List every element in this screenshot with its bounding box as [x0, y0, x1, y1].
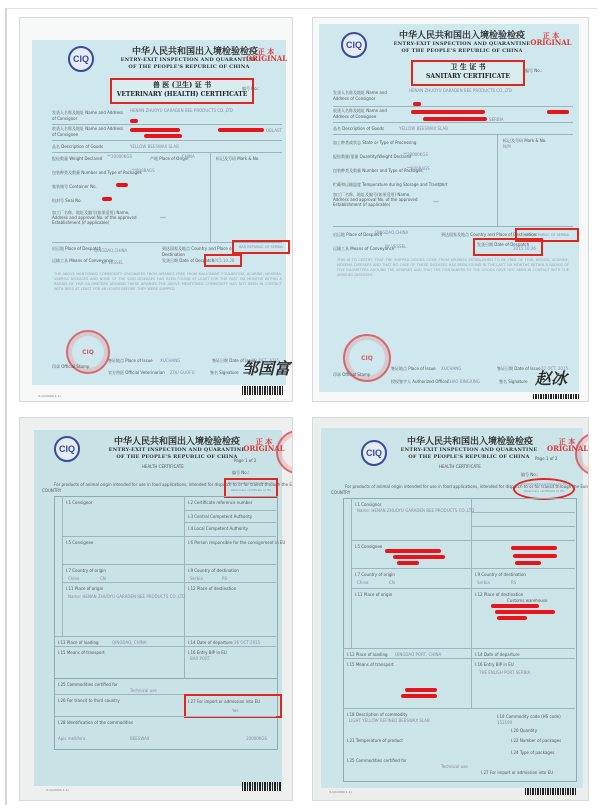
consignor-value: HENAN ZHUOYU GARADEN BEE PRODUCTS CO.,LT… [409, 88, 512, 93]
divider [54, 636, 276, 637]
ciq-logo-icon: CIQ [54, 436, 80, 462]
divider [210, 152, 211, 242]
date-despatch-highlight: 2015.10.26 [204, 254, 242, 267]
field-i27-value: Yes [232, 708, 238, 713]
origin-value: CHINA [182, 154, 195, 159]
field-i6: I.6 Person responsible for the consignme… [188, 540, 285, 545]
field-i12: I.12 Place of destination [188, 586, 236, 591]
original-en: ORIGINAL [246, 55, 286, 62]
date-despatch-value: 2015.10.26 [206, 256, 240, 265]
divider [62, 564, 276, 565]
seal-label: 铅封号 Seal No. [52, 198, 82, 204]
no-label: 编号 No.: [242, 86, 259, 92]
field-i9-iso: RS [511, 580, 516, 585]
field-i25: I.25 Commodities certified for [58, 682, 118, 687]
barcode [533, 394, 579, 399]
authority-cn: 中华人民共和国出入境检验检疫 [407, 434, 533, 447]
divider [52, 152, 282, 153]
place-issue-label: 签证地点 Place of Issue [391, 366, 436, 372]
redaction-mark [144, 134, 182, 138]
authority-cn: 中华人民共和国出入境检验检疫 [114, 434, 240, 447]
consignor-label: 发货人名称及地址 Name and Address of Consignor [52, 110, 127, 121]
field-i25: I.25 Commodities certified for [347, 758, 407, 763]
form-code: 3-1(C2000.1.1) [329, 790, 352, 794]
redaction-mark [497, 616, 527, 620]
no-label: 编号 No.: [232, 470, 249, 476]
redaction-mark [385, 549, 441, 553]
divider [497, 134, 498, 226]
statement: THE ABOVE MENTIONED COMMODITY ORIGINATES… [54, 272, 282, 292]
weight-value: **20000KGS [107, 154, 132, 159]
page-number: Page 1 of 2 [234, 458, 256, 463]
place-issue-value: XUCHANG [441, 366, 461, 371]
model-text: Model/Health Certificate for EU [515, 480, 573, 488]
redaction-mark [515, 561, 541, 565]
model-highlight: Model/Health Certificate for EU Veterina… [513, 478, 575, 500]
title-cn: 兽 医 (卫生) 证 书 [112, 80, 252, 90]
field-i14: I.14 Date of departure [188, 640, 233, 645]
goods-label: 品名 Description of Goods [52, 144, 103, 150]
field-i7-value: China [68, 576, 79, 581]
redaction-mark [495, 610, 555, 614]
consignee-label: 收货人名称及地址 Name and Address of Consignee [52, 126, 127, 137]
certificate-type: HEALTH CERTIFICATE [142, 464, 184, 469]
establishment-value: *** [433, 200, 439, 205]
no-label: 编号 No.: [521, 472, 538, 478]
field-i2: I.2 Certificate reference number [188, 500, 252, 505]
authority-en-2: OF THE PEOPLE'S REPUBLIC OF CHINA [391, 454, 547, 461]
despatch-value: QINGDAO,CHINA [94, 248, 127, 253]
net-weight-value: 20000KGS [246, 736, 267, 741]
divider [52, 140, 282, 141]
authority-en-1: ENTRY-EXIT INSPECTION AND QUARANTINE [114, 57, 264, 64]
form-code: 3-1(C2000.1.1) [46, 788, 69, 792]
commodity-value: BEESWAX [130, 736, 150, 741]
packages-label: 包装种类及数量 Number and Type of Packages [52, 170, 142, 176]
redaction-mark [393, 555, 445, 559]
sanitary-certificate-scan: CIQ 中华人民共和国出入境检验检疫 ENTRY-EXIT INSPECTION… [313, 18, 588, 401]
statement: THIS IS TO CERTIFY THAT THE SHIPPED GOOD… [337, 258, 569, 278]
no-label: 编号 No.: [525, 68, 542, 74]
redaction-mark [547, 110, 569, 114]
divider [351, 540, 575, 541]
temperature-value: *** [437, 182, 443, 187]
temperature-label: 贮藏和运输温度 Temperature during Storage and T… [333, 182, 448, 188]
divider [54, 646, 276, 647]
consignee-value: OBLAST [266, 128, 282, 133]
divider [351, 588, 575, 589]
field-i9-iso: RS [222, 576, 227, 581]
certificate-title-highlight: 兽 医 (卫生) 证 书 VETERINARY (HEALTH) CERTIFI… [110, 78, 254, 104]
redaction-mark [405, 688, 437, 692]
divider [471, 498, 472, 708]
field-i15: I.15 Means of transport [58, 650, 105, 655]
import-eu-highlight: I.27 For import or admission into EU Yes [184, 694, 282, 718]
redaction-mark [401, 694, 437, 698]
field-i16: I.16 Entry BIP in EU [188, 650, 227, 655]
field-i11: I.11 Place of origin [355, 592, 392, 597]
title-en: VETERINARY (HEALTH) CERTIFICATE [112, 90, 252, 100]
page-number: Page 1 of 2 [535, 456, 557, 461]
conveyance-value: BY VESSEL [385, 244, 406, 249]
field-i4: I.4 Local Competent Authority [188, 526, 248, 531]
form-code: 3-1(C2000.1.1) [38, 394, 61, 398]
redaction-mark [130, 128, 180, 132]
processing-label: 加工种类或状态 State or Type of Processing [333, 140, 416, 146]
field-i25-value: Technical use [130, 688, 157, 693]
packages-value: **800BAGS [132, 168, 155, 173]
packages-value: **800BAGS [407, 166, 430, 171]
authority-en: ENTRY-EXIT INSPECTION AND QUARANTINE OF … [391, 447, 547, 461]
field-i7: I.7 Country of origin [66, 568, 106, 573]
quantity-label: 报检数量/重量 Quantity/Weight Declared [333, 154, 411, 160]
destination-value: BAR,REPUBLIC OF SERBIA [234, 242, 288, 252]
title-en: SANITARY CERTIFICATE [413, 72, 523, 82]
divider [351, 498, 352, 648]
field-i12: I.12 Place of destination [475, 592, 523, 597]
veterinary-certificate-scan: CIQ 中华人民共和国出入境检验检疫 ENTRY-EXIT INSPECTION… [20, 18, 292, 401]
divider [343, 658, 575, 659]
field-i16-value: THE ENLISH PORT SERBIA [479, 670, 530, 675]
species-value: Apis mellifera [58, 736, 85, 741]
field-i13-value: QINGDAO, CHINA [112, 640, 147, 645]
officer-label: 官方兽医 Official Veterinarian [108, 370, 165, 376]
redaction-mark [491, 604, 539, 608]
divider [343, 708, 575, 709]
certificate-form: CIQ 中华人民共和国出入境检验检疫 ENTRY-EXIT INSPECTION… [321, 428, 583, 788]
authority-en-2: OF THE PEOPLE'S REPUBLIC OF CHINA [102, 454, 252, 461]
handwritten-signature: 赵冰 [535, 366, 567, 389]
field-i7-value: China [357, 580, 368, 585]
model-highlight: Model/Health Certificate for EU Veterina… [224, 478, 278, 498]
divider [333, 226, 573, 227]
signature-label: 签名 Signature [499, 379, 528, 385]
health-certificate-left-scan: CIQ 中华人民共和国出入境检验检疫 ENTRY-EXIT INSPECTION… [20, 418, 292, 800]
stamp-label: 印章 Official Stamp [52, 364, 89, 370]
field-i28: I.28 Identification of the commodities [58, 720, 133, 725]
country-label: COUNTRY [331, 490, 350, 495]
field-i1-value: Name: HENAN ZHUOYU GARADEN BEE PRODUCTS … [357, 508, 474, 513]
certificate-form: CIQ 中华人民共和国出入境检验检疫 ENTRY-EXIT INSPECTION… [32, 40, 286, 385]
consignor-value: HENAN ZHUOYU GARADEN BEE PRODUCTS CO.,LT… [130, 108, 233, 113]
divider [471, 526, 575, 527]
field-i19: I.19 Commodity code (HS code) [497, 714, 561, 719]
redaction-mark [511, 546, 557, 550]
establishment-label: 加工厂名称、地址及编号(如果适用) Name, Address and appr… [52, 210, 142, 225]
conveyance-value: BY VESSEL [102, 260, 123, 265]
divider [333, 122, 573, 123]
barcode [242, 386, 284, 395]
officer-value: ZHAO BINGXING [447, 379, 480, 384]
weight-label: 报检数量 Weight Declared [52, 156, 102, 162]
field-i22: I.22 Number of packages [511, 738, 561, 743]
divider [62, 582, 276, 583]
field-i7-iso: CN [389, 580, 395, 585]
destination-highlight: BAR,REPUBLIC OF SERBIA [232, 240, 290, 254]
field-i14-value: 26 OCT 2015 [234, 640, 260, 645]
certificate-form: CIQ 中华人民共和国出入境检验检疫 ENTRY-EXIT INSPECTION… [319, 24, 579, 392]
field-i11: I.11 Place of origin [66, 586, 103, 591]
field-i7-iso: CN [100, 576, 106, 581]
divider [184, 522, 276, 523]
mark-label: 标记及号码 Mark & No. [216, 156, 259, 162]
establishment-value: *** [160, 216, 166, 221]
redaction-mark [411, 110, 485, 114]
model-text: Model/Health Certificate for EU [226, 480, 276, 487]
authority-en-2: OF THE PEOPLE'S REPUBLIC OF CHINA [387, 48, 537, 55]
title-cn: 卫 生 证 书 [413, 62, 523, 72]
despatch-value: QINGDAO,CHINA [375, 230, 408, 235]
authority-en: ENTRY-EXIT INSPECTION AND QUARANTINE OF … [102, 447, 252, 461]
divider [343, 648, 575, 649]
field-i13: I.13 Place of loading [347, 652, 388, 657]
goods-label: 品名 Description of Goods [333, 126, 384, 132]
field-i15: I.15 Means of transport [347, 662, 394, 667]
field-i12-option: Customs warehouse [507, 598, 547, 603]
signature-label: 签名 Signature [210, 370, 239, 376]
redaction-mark [423, 117, 487, 121]
goods-value: YELLOW BEESWAX SLAB [130, 144, 179, 149]
divider [54, 716, 276, 717]
field-i1: I.1 Consignor [66, 500, 92, 505]
field-i13: I.13 Place of loading [58, 640, 99, 645]
stamp-label: 印章 Official Stamp [333, 372, 370, 378]
officer-value: ZOU GUOFU [170, 370, 195, 375]
authority-en-1: ENTRY-EXIT INSPECTION AND QUARANTINE [391, 447, 547, 454]
ciq-logo-icon: CIQ [341, 32, 367, 58]
redaction-mark [513, 554, 557, 558]
original-stamp: 正 本 ORIGINAL [246, 48, 286, 62]
field-i9: I.9 Country of destination [475, 572, 526, 577]
redaction-mark [130, 119, 138, 123]
redaction-mark [397, 561, 419, 565]
field-i3: I.3 Central Competent Authority [188, 514, 252, 519]
date-despatch-highlight: 发货日期 Date of Despatch 2015.10.26 [473, 238, 543, 256]
certificate-title-highlight: 卫 生 证 书 SANITARY CERTIFICATE [411, 60, 525, 86]
consignee-label: 收货人名称及地址 Name and Address of Consignee [333, 108, 403, 119]
barcode [242, 782, 282, 791]
authority-en-1: ENTRY-EXIT INSPECTION AND QUARANTINE [102, 447, 252, 454]
consignor-label: 发货人名称及地址 Name and Address of Consignor [333, 90, 403, 101]
authority-cn: 中华人民共和国出入境检验检疫 [132, 44, 258, 57]
field-i18-value: LIGHT YELLOW REFINED BEESWAX SLAB [349, 718, 430, 723]
field-i27: I.27 For import or admission into EU [481, 770, 553, 775]
model-text-2: Veterinary certificate to EU [226, 487, 276, 493]
divider [351, 568, 575, 569]
field-i7: I.7 Country of origin [355, 572, 395, 577]
field-i18: I.18 Description of commodity [347, 712, 407, 717]
ciq-logo-icon: CIQ [361, 440, 387, 466]
container-label: 集装箱号 Container No. [52, 184, 97, 190]
place-issue-value: XUCHANG [160, 358, 180, 363]
redaction-mark [102, 197, 112, 201]
field-i27: I.27 For import or admission into EU [188, 699, 260, 704]
field-i5: I.5 Consignee [66, 540, 93, 545]
authority-en: ENTRY-EXIT INSPECTION AND QUARANTINE OF … [387, 41, 537, 55]
handwritten-signature: 邹国富 [242, 356, 290, 379]
authority-cn: 中华人民共和国出入境检验检疫 [399, 28, 525, 41]
field-i5: I.5 Consignee [355, 544, 382, 549]
authority-en-1: ENTRY-EXIT INSPECTION AND QUARANTINE [387, 41, 537, 48]
certificate-form-lower: I.25 Commodities certified for Technical… [34, 678, 282, 786]
original-en: ORIGINAL [529, 39, 573, 46]
field-i16: I.16 Entry BIP in EU [475, 662, 514, 667]
field-i9-value: Serbia [190, 576, 203, 581]
mark-value: N/M [503, 144, 511, 149]
date-despatch-value: 2015.10.26 [513, 246, 536, 251]
officer-label: 授权签字人 Authorized Officer [391, 379, 449, 385]
authority-en: ENTRY-EXIT INSPECTION AND QUARANTINE OF … [114, 57, 264, 71]
field-i14: I.14 Date of departure [475, 652, 520, 657]
field-i1: I.1 Consignor [355, 502, 381, 507]
quantity-value: **20000KGS [403, 152, 428, 157]
redaction-mark [218, 128, 264, 132]
establishment-label: 加工厂名称、地址及编号(如果适用) Name, Address and appr… [333, 192, 423, 207]
divider [62, 496, 63, 636]
divider [62, 536, 276, 537]
field-i9-value: Serbia [477, 580, 490, 585]
field-i24: I.24 Type of packages [511, 750, 554, 755]
barcode [525, 788, 577, 795]
field-i25-value: Technical use [441, 764, 468, 769]
ciq-logo-icon: CIQ [68, 46, 94, 72]
divider [471, 512, 575, 513]
place-issue-label: 签证地点 Place of Issue [108, 358, 153, 364]
goods-value: YELLOW BEESWAX SLAB [399, 126, 448, 131]
model-text-2: Veterinary certificate to EU [515, 488, 573, 494]
original-stamp: 正 本 ORIGINAL [529, 32, 573, 46]
field-i9: I.9 Country of destination [188, 568, 239, 573]
field-i21: I.21 Temperature of product [347, 738, 403, 743]
divider [333, 134, 573, 135]
redaction-mark [116, 183, 128, 187]
field-i26: I.26 For transit to third country [58, 698, 120, 703]
divider [184, 510, 276, 511]
field-i11-value: Name: HENAN ZHUOYU GARADEN BEE PRODUCTS … [68, 594, 185, 599]
field-i20: I.20 Quantity [511, 728, 537, 733]
health-certificate-right-scan: CIQ 中华人民共和国出入境检验检疫 ENTRY-EXIT INSPECTION… [313, 418, 588, 800]
field-i16-value: BAR PORT [190, 656, 210, 661]
divider [52, 124, 282, 125]
certificate-type: HEALTH CERTIFICATE [439, 464, 481, 469]
authority-en-2: OF THE PEOPLE'S REPUBLIC OF CHINA [114, 64, 264, 71]
field-i13-value: QINGDAO PORT, CHINA [395, 652, 441, 657]
divider [333, 106, 573, 107]
country-label: COUNTRY [42, 488, 61, 493]
field-i19-value: 152190 [497, 720, 512, 725]
